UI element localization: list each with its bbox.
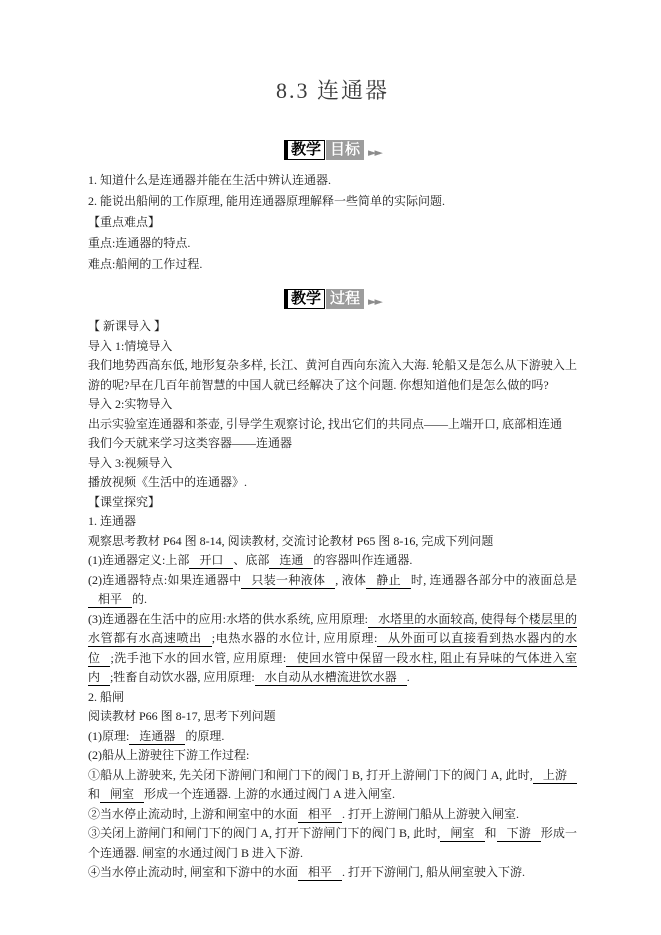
text-run: 我们地势西高东低, 地形复杂多样, 长江、黄河自西向东流入大海. 轮船又是怎么从… xyxy=(88,358,577,392)
teaching-objectives-badge: 教学目标►► xyxy=(88,136,577,158)
paragraph: 播放视频《生活中的连通器》. xyxy=(88,473,577,493)
text-run: ③关闭上游闸门和闸门下的阀门 A, 打开下游闸门下的阀门 B, 此时, xyxy=(88,826,440,840)
text-run: 导入 2:实物导入 xyxy=(88,397,172,411)
blank-answer: 相平 xyxy=(298,865,342,881)
blank-answer: 静止 xyxy=(366,573,411,589)
blank-answer: 相平 xyxy=(298,807,342,823)
blank-answer: 下游 xyxy=(497,826,541,842)
text-run: , 液体 xyxy=(335,573,366,587)
blank-answer: 相平 xyxy=(88,592,132,608)
text-run: ①船从上游驶来, 先关闭下游闸门和闸门下的阀门 B, 打开上游闸门下的阀门 A,… xyxy=(88,768,533,782)
text-run: 1. 连通器 xyxy=(88,514,136,528)
page-title: 8.3 连通器 xyxy=(88,76,577,106)
teaching-process-badge: 教学过程►► xyxy=(88,285,577,307)
text-run: 阅读教材 P66 图 8-17, 思考下列问题 xyxy=(88,709,276,723)
forward-arrows-icon: ►► xyxy=(368,291,381,313)
text-run: 导入 3:视频导入 xyxy=(88,456,172,470)
forward-arrows-icon: ►► xyxy=(368,142,381,164)
paragraph: 【重点难点】 xyxy=(88,212,577,233)
blank-answer: 闸室 xyxy=(440,826,484,842)
blank-answer: 开口 xyxy=(189,553,233,569)
text-run: 的容器叫作连通器. xyxy=(313,553,412,567)
paragraph: 我们今天就来学习这类容器——连通器 xyxy=(88,434,577,454)
blank-answer: 连通 xyxy=(269,553,313,569)
paragraph: ③关闭上游闸门和闸门下的阀门 A, 打开下游闸门下的阀门 B, 此时,闸室和下游… xyxy=(88,824,577,863)
text-run: ④当水停止流动时, 闸室和下游中的水面 xyxy=(88,865,298,879)
text-run: 导入 1:情境导入 xyxy=(88,339,172,353)
paragraph: ④当水停止流动时, 闸室和下游中的水面相平. 打开下游闸门, 船从闸室驶入下游. xyxy=(88,863,577,883)
text-run: ;电热水器的水位计, 应用原理: xyxy=(212,631,378,645)
text-run: ;洗手池下水的回水管, 应用原理: xyxy=(110,651,286,665)
badge-process-label: 过程 xyxy=(326,289,364,309)
paragraph: (2)船从上游驶往下游工作过程: xyxy=(88,746,577,766)
paragraph: 重点:连通器的特点. xyxy=(88,233,577,254)
paragraph: ①船从上游驶来, 先关闭下游闸门和闸门下的阀门 B, 打开上游闸门下的阀门 A,… xyxy=(88,766,577,805)
text-run: 重点:连通器的特点. xyxy=(88,236,190,250)
paragraph: 导入 1:情境导入 xyxy=(88,337,577,357)
text-run: 【重点难点】 xyxy=(88,215,160,229)
badge-prefix-label: 教学 xyxy=(284,140,325,160)
paragraph: 我们地势西高东低, 地形复杂多样, 长江、黄河自西向东流入大海. 轮船又是怎么从… xyxy=(88,356,577,395)
blank-answer: 连通器 xyxy=(129,729,185,745)
paragraph: 【课堂探究】 xyxy=(88,493,577,513)
text-run: 难点:船闸的工作过程. xyxy=(88,257,202,271)
badge-prefix-label: 教学 xyxy=(284,289,325,309)
text-run: . 打开下游闸门, 船从闸室驶入下游. xyxy=(342,865,525,879)
paragraph: 难点:船闸的工作过程. xyxy=(88,254,577,275)
paragraph: 2. 船闸 xyxy=(88,688,577,708)
paragraph: ②当水停止流动时, 上游和闸室中的水面相平. 打开上游闸门船从上游驶入闸室. xyxy=(88,805,577,825)
worksheet-page: 8.3 连通器 教学目标►► 1. 知道什么是连通器并能在生活中辨认连通器.2.… xyxy=(0,0,661,935)
text-run: 观察思考教材 P64 图 8-14, 阅读教材, 交流讨论教材 P65 图 8-… xyxy=(88,534,493,548)
paragraph: (2)连通器特点:如果连通器中只装一种液体, 液体静止时, 连通器各部分中的液面… xyxy=(88,571,577,610)
text-run: 【 新课导入 】 xyxy=(88,319,166,333)
blank-answer: 闸室 xyxy=(100,787,144,803)
text-run: 播放视频《生活中的连通器》. xyxy=(88,475,247,489)
text-run: 2. 船闸 xyxy=(88,690,124,704)
paragraph: 1. 连通器 xyxy=(88,512,577,532)
paragraph: (3)连通器在生活中的应用:水塔的供水系统, 应用原理:水塔里的水面较高, 使得… xyxy=(88,610,577,688)
text-run: 的. xyxy=(132,592,147,606)
text-run: 出示实验室连通器和茶壶, 引导学生观察讨论, 找出它们的共同点——上端开口, 底… xyxy=(88,417,562,431)
text-run: 【课堂探究】 xyxy=(88,495,160,509)
blank-answer: 上游 xyxy=(533,768,577,784)
text-run: 时, 连通器各部分中的液面总是 xyxy=(411,573,577,587)
text-run: 2. 能说出船闸的工作原理, 能用连通器原理解释一些简单的实际问题. xyxy=(88,194,445,208)
text-run: ;牲畜自动饮水器, 应用原理: xyxy=(110,670,255,684)
text-run: (2)连通器特点:如果连通器中 xyxy=(88,573,241,587)
paragraph: 1. 知道什么是连通器并能在生活中辨认连通器. xyxy=(88,170,577,191)
blank-answer: 水自动从水槽流进饮水器 xyxy=(255,670,407,686)
paragraph: 阅读教材 P66 图 8-17, 思考下列问题 xyxy=(88,707,577,727)
blank-answer: 只装一种液体 xyxy=(241,573,335,589)
objectives-section: 1. 知道什么是连通器并能在生活中辨认连通器.2. 能说出船闸的工作原理, 能用… xyxy=(88,170,577,275)
paragraph: 导入 3:视频导入 xyxy=(88,454,577,474)
process-section: 【 新课导入 】导入 1:情境导入我们地势西高东低, 地形复杂多样, 长江、黄河… xyxy=(88,317,577,883)
paragraph: 出示实验室连通器和茶壶, 引导学生观察讨论, 找出它们的共同点——上端开口, 底… xyxy=(88,415,577,435)
paragraph: 2. 能说出船闸的工作原理, 能用连通器原理解释一些简单的实际问题. xyxy=(88,191,577,212)
text-run: 1. 知道什么是连通器并能在生活中辨认连通器. xyxy=(88,173,331,187)
paragraph: 导入 2:实物导入 xyxy=(88,395,577,415)
text-run: 、底部 xyxy=(233,553,269,567)
text-run: (2)船从上游驶往下游工作过程: xyxy=(88,748,249,762)
text-run: ②当水停止流动时, 上游和闸室中的水面 xyxy=(88,807,298,821)
paragraph: (1)原理:连通器的原理. xyxy=(88,727,577,747)
text-run: (1)原理: xyxy=(88,729,129,743)
text-run: (1)连通器定义:上部 xyxy=(88,553,189,567)
paragraph: 观察思考教材 P64 图 8-14, 阅读教材, 交流讨论教材 P65 图 8-… xyxy=(88,532,577,552)
paragraph: 【 新课导入 】 xyxy=(88,317,577,337)
text-run: . xyxy=(407,670,410,684)
text-run: 的原理. xyxy=(185,729,224,743)
text-run: 和 xyxy=(88,787,100,801)
text-run: 我们今天就来学习这类容器——连通器 xyxy=(88,436,292,450)
text-run: 形成一个连通器. 上游的水通过阀门 A 进入闸室. xyxy=(144,787,395,801)
text-run: 和 xyxy=(485,826,497,840)
paragraph: (1)连通器定义:上部开口、底部连通的容器叫作连通器. xyxy=(88,551,577,571)
badge-objectives-label: 目标 xyxy=(326,140,364,160)
text-run: . 打开上游闸门船从上游驶入闸室. xyxy=(342,807,519,821)
text-run: (3)连通器在生活中的应用:水塔的供水系统, 应用原理: xyxy=(88,612,368,626)
